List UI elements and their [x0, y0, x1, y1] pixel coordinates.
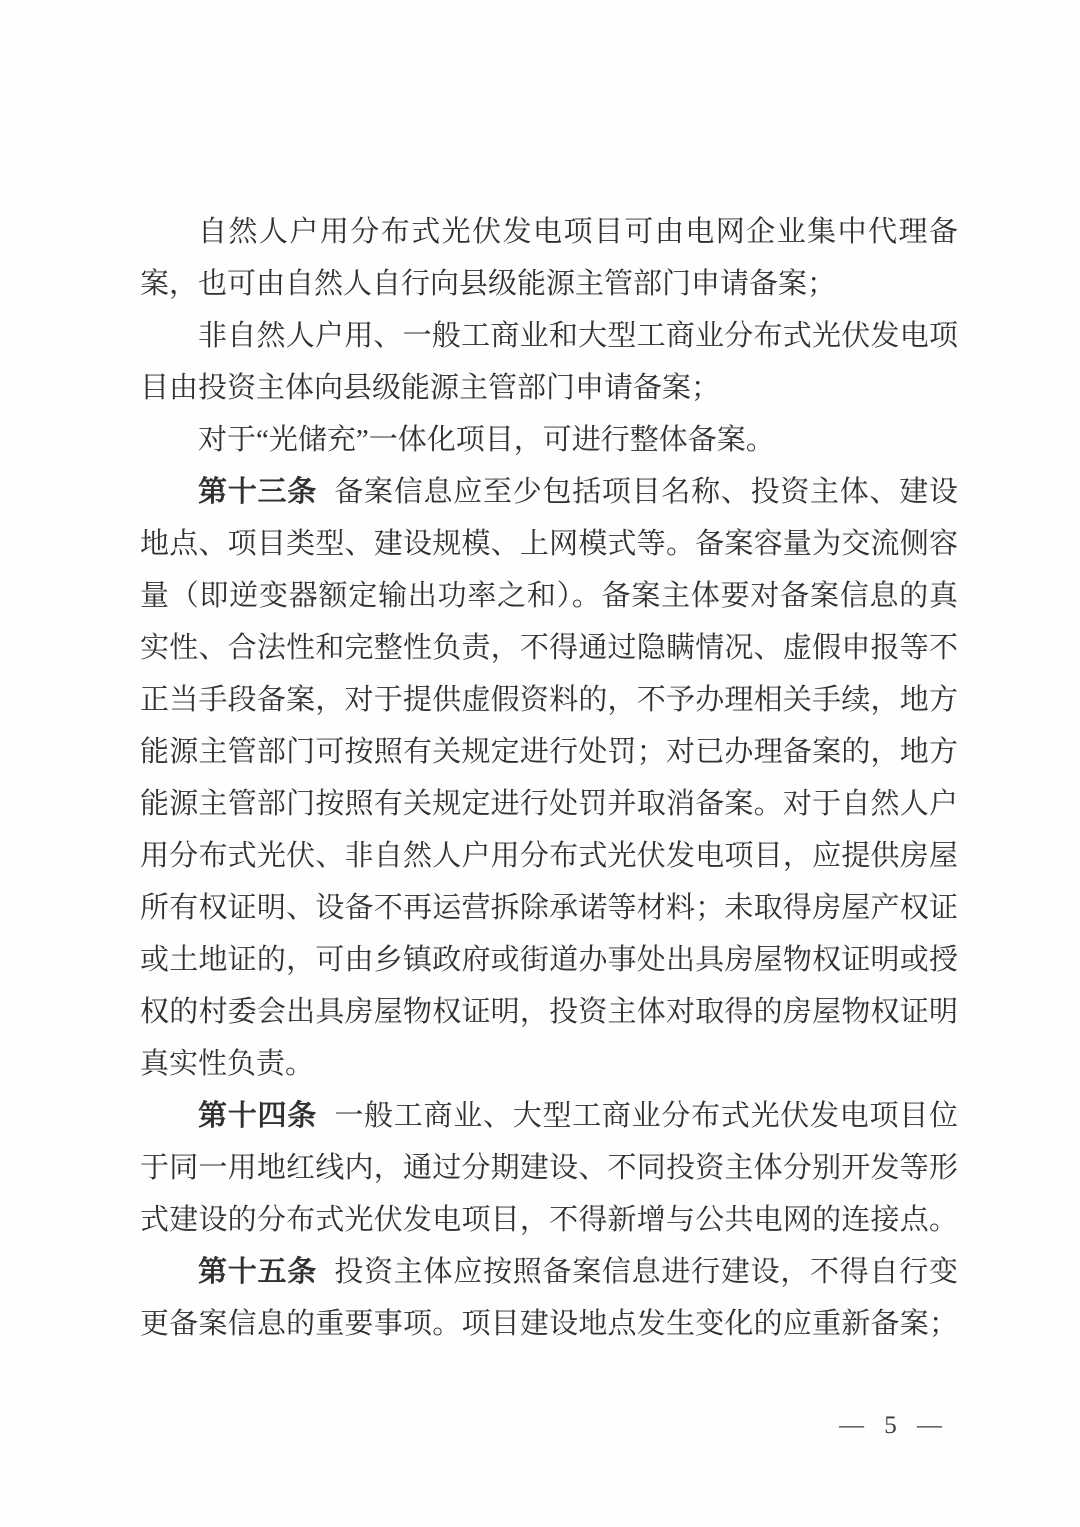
text-line: 正当手段备案，对于提供虚假资料的，不予办理相关手续，地方	[140, 674, 958, 726]
line-text: 对于“光储充”一体化项目，可进行整体备案。	[198, 424, 775, 456]
line-text: 权的村委会出具房屋物权证明，投资主体对取得的房屋物权证明	[140, 996, 958, 1028]
text-line: 更备案信息的重要事项。项目建设地点发生变化的应重新备案；	[140, 1298, 958, 1350]
line-text: 实性、合法性和完整性负责，不得通过隐瞒情况、虚假申报等不	[140, 632, 958, 664]
text-line: 非自然人户用、一般工商业和大型工商业分布式光伏发电项	[140, 310, 958, 362]
line-text: 式建设的分布式光伏发电项目，不得新增与公共电网的连接点。	[140, 1204, 958, 1236]
page-footer: — 5 —	[839, 1412, 943, 1440]
text-line: 于同一用地红线内，通过分期建设、不同投资主体分别开发等形	[140, 1142, 958, 1194]
line-text: 正当手段备案，对于提供虚假资料的，不予办理相关手续，地方	[140, 684, 958, 716]
text-line: 真实性负责。	[140, 1038, 958, 1090]
line-text: 非自然人户用、一般工商业和大型工商业分布式光伏发电项	[198, 320, 958, 352]
line-text: 案，也可由自然人自行向县级能源主管部门申请备案；	[140, 268, 836, 300]
line-text: 更备案信息的重要事项。项目建设地点发生变化的应重新备案；	[140, 1308, 958, 1340]
line-text: 自然人户用分布式光伏发电项目可由电网企业集中代理备	[198, 216, 958, 248]
text-line: 量（即逆变器额定输出功率之和）。备案主体要对备案信息的真	[140, 570, 958, 622]
text-line-article-15: 第十五条投资主体应按照备案信息进行建设，不得自行变	[140, 1246, 958, 1298]
text-line: 能源主管部门可按照有关规定进行处罚；对已办理备案的，地方	[140, 726, 958, 778]
text-line: 用分布式光伏、非自然人户用分布式光伏发电项目，应提供房屋	[140, 830, 958, 882]
line-text: 一般工商业、大型工商业分布式光伏发电项目位	[334, 1100, 958, 1132]
line-text: 或土地证的，可由乡镇政府或街道办事处出具房屋物权证明或授	[140, 944, 958, 976]
text-line: 地点、项目类型、建设规模、上网模式等。备案容量为交流侧容	[140, 518, 958, 570]
article-15-number: 第十五条	[198, 1256, 317, 1288]
text-line-article-13: 第十三条备案信息应至少包括项目名称、投资主体、建设	[140, 466, 958, 518]
line-text: 备案信息应至少包括项目名称、投资主体、建设	[334, 476, 958, 508]
page-number: — 5 —	[839, 1412, 943, 1439]
document-body: 自然人户用分布式光伏发电项目可由电网企业集中代理备 案，也可由自然人自行向县级能…	[140, 206, 958, 1350]
text-line: 实性、合法性和完整性负责，不得通过隐瞒情况、虚假申报等不	[140, 622, 958, 674]
line-text: 目由投资主体向县级能源主管部门申请备案；	[140, 372, 720, 404]
document-page: 自然人户用分布式光伏发电项目可由电网企业集中代理备 案，也可由自然人自行向县级能…	[0, 0, 1080, 1527]
line-text: 所有权证明、设备不再运营拆除承诺等材料；未取得房屋产权证	[140, 892, 958, 924]
line-text: 量（即逆变器额定输出功率之和）。备案主体要对备案信息的真	[140, 580, 958, 612]
text-line: 或土地证的，可由乡镇政府或街道办事处出具房屋物权证明或授	[140, 934, 958, 986]
article-13-number: 第十三条	[198, 476, 317, 508]
line-text: 于同一用地红线内，通过分期建设、不同投资主体分别开发等形	[140, 1152, 958, 1184]
line-text: 能源主管部门按照有关规定进行处罚并取消备案。对于自然人户	[140, 788, 958, 820]
text-line: 对于“光储充”一体化项目，可进行整体备案。	[140, 414, 958, 466]
line-text: 投资主体应按照备案信息进行建设，不得自行变	[334, 1256, 958, 1288]
article-14-number: 第十四条	[198, 1100, 317, 1132]
text-line: 权的村委会出具房屋物权证明，投资主体对取得的房屋物权证明	[140, 986, 958, 1038]
text-line: 案，也可由自然人自行向县级能源主管部门申请备案；	[140, 258, 958, 310]
text-line: 所有权证明、设备不再运营拆除承诺等材料；未取得房屋产权证	[140, 882, 958, 934]
line-text: 真实性负责。	[140, 1048, 314, 1080]
line-text: 用分布式光伏、非自然人户用分布式光伏发电项目，应提供房屋	[140, 840, 958, 872]
line-text: 能源主管部门可按照有关规定进行处罚；对已办理备案的，地方	[140, 736, 958, 768]
text-line: 能源主管部门按照有关规定进行处罚并取消备案。对于自然人户	[140, 778, 958, 830]
text-line: 式建设的分布式光伏发电项目，不得新增与公共电网的连接点。	[140, 1194, 958, 1246]
text-line: 目由投资主体向县级能源主管部门申请备案；	[140, 362, 958, 414]
line-text: 地点、项目类型、建设规模、上网模式等。备案容量为交流侧容	[140, 528, 958, 560]
text-line-article-14: 第十四条一般工商业、大型工商业分布式光伏发电项目位	[140, 1090, 958, 1142]
text-line: 自然人户用分布式光伏发电项目可由电网企业集中代理备	[140, 206, 958, 258]
